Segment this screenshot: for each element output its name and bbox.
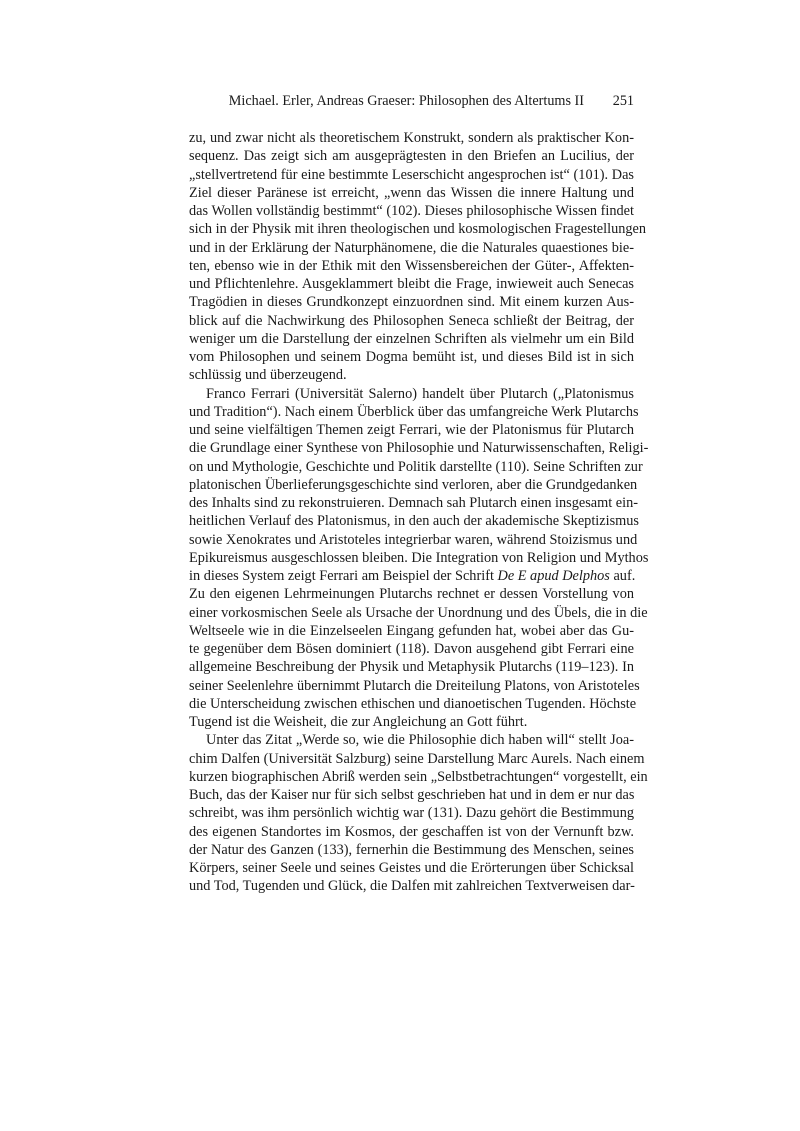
text-line: kurzen biographischen Abriß werden sein … [189, 768, 634, 786]
text-line: und Pflichtenlehre. Ausgeklammert bleibt… [189, 275, 634, 293]
text-line: Unter das Zitat „Werde so, wie die Philo… [189, 731, 634, 749]
text-line: sowie Xenokrates und Aristoteles integri… [189, 531, 634, 549]
text-line: „stellvertretend für eine bestimmte Lese… [189, 166, 634, 184]
text-line: weniger um die Darstellung der einzelnen… [189, 330, 634, 348]
running-title: Michael. Erler, Andreas Graeser: Philoso… [229, 92, 584, 110]
text-line: zu, und zwar nicht als theoretischem Kon… [189, 129, 634, 147]
text-segment: auf. [610, 568, 635, 584]
text-line: platonischen Überlieferungsgeschichte si… [189, 476, 634, 494]
text-line: sich in der Physik mit ihren theologisch… [189, 220, 634, 238]
text-segment: in dieses System zeigt Ferrari am Beispi… [189, 568, 498, 584]
document-page: Michael. Erler, Andreas Graeser: Philoso… [189, 92, 634, 896]
text-line: ten, ebenso wie in der Ethik mit den Wis… [189, 257, 634, 275]
running-header: Michael. Erler, Andreas Graeser: Philoso… [189, 92, 634, 110]
text-line: sequenz. Das zeigt sich am ausgeprägtest… [189, 147, 634, 165]
text-line: vom Philosophen und seinem Dogma bemüht … [189, 348, 634, 366]
text-line: chim Dalfen (Universität Salzburg) seine… [189, 750, 634, 768]
text-line: on und Mythologie, Geschichte und Politi… [189, 458, 634, 476]
text-line: das Wollen vollständig bestimmt“ (102). … [189, 202, 634, 220]
paragraph-seneca: zu, und zwar nicht als theoretischem Kon… [189, 129, 634, 385]
text-line: der Natur des Ganzen (133), fernerhin di… [189, 841, 634, 859]
text-line: und Tradition“). Nach einem Überblick üb… [189, 403, 634, 421]
text-line: die Grundlage einer Synthese von Philoso… [189, 439, 634, 457]
italic-work-title: De E apud Delphos [498, 568, 610, 584]
text-line: und in der Erklärung der Naturphänomene,… [189, 239, 634, 257]
text-line: Ziel dieser Paränese ist erreicht, „wenn… [189, 184, 634, 202]
text-line: des Inhalts sind zu rekonstruieren. Demn… [189, 494, 634, 512]
text-line: seiner Seelenlehre übernimmt Plutarch di… [189, 677, 634, 695]
page-number: 251 [613, 92, 634, 110]
text-line: Franco Ferrari (Universität Salerno) han… [189, 385, 634, 403]
text-line: Körpers, seiner Seele und seines Geistes… [189, 859, 634, 877]
text-line: Tugend ist die Weisheit, die zur Angleic… [189, 713, 634, 731]
text-line: einer vorkosmischen Seele als Ursache de… [189, 604, 634, 622]
text-line: Weltseele wie in die Einzelseelen Eingan… [189, 622, 634, 640]
text-line: des eigenen Standortes im Kosmos, der ge… [189, 823, 634, 841]
text-line: te gegenüber dem Bösen dominiert (118). … [189, 640, 634, 658]
text-line: schreibt, was ihm persönlich wichtig war… [189, 804, 634, 822]
text-line: Tragödien in dieses Grundkonzept einzuor… [189, 293, 634, 311]
text-line: schlüssig und überzeugend. [189, 366, 634, 384]
body-text: zu, und zwar nicht als theoretischem Kon… [189, 129, 634, 896]
text-line-with-italic-title: in dieses System zeigt Ferrari am Beispi… [189, 567, 634, 585]
paragraph-plutarch: Franco Ferrari (Universität Salerno) han… [189, 385, 634, 732]
text-line: Zu den eigenen Lehrmeinungen Plutarchs r… [189, 585, 634, 603]
text-line: blick auf die Nachwirkung des Philosophe… [189, 312, 634, 330]
text-line: und seine vielfältigen Themen zeigt Ferr… [189, 421, 634, 439]
text-line: heitlichen Verlauf des Platonismus, in d… [189, 512, 634, 530]
paragraph-marc-aurel: Unter das Zitat „Werde so, wie die Philo… [189, 731, 634, 895]
text-line: Epikureismus ausgeschlossen bleiben. Die… [189, 549, 634, 567]
text-line: allgemeine Beschreibung der Physik und M… [189, 658, 634, 676]
text-line: die Unterscheidung zwischen ethischen un… [189, 695, 634, 713]
text-line: Buch, das der Kaiser nur für sich selbst… [189, 786, 634, 804]
text-line: und Tod, Tugenden und Glück, die Dalfen … [189, 877, 634, 895]
